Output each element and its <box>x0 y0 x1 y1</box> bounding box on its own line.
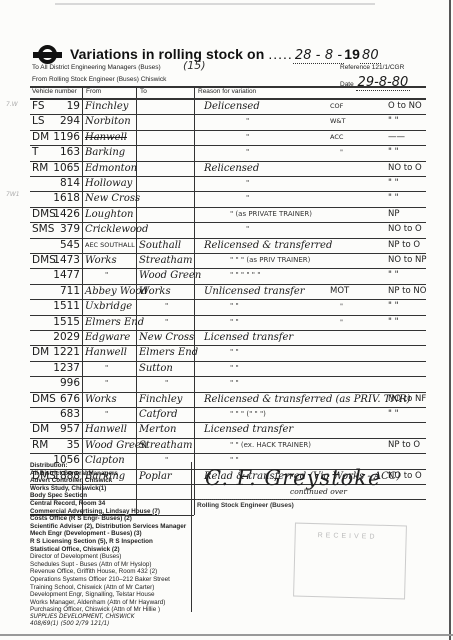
scan-artifact <box>55 3 375 5</box>
distribution-entry: Costs Office (R S Engr- Buses) (2) <box>30 515 260 523</box>
distribution-entry: Development Engr, Signalling, Telstar Ho… <box>30 591 260 599</box>
vehicle-number: RM 35 <box>30 438 80 453</box>
vehicle-number: 1477 <box>30 268 80 283</box>
status-change: " " <box>388 176 399 191</box>
vehicle-number: 1618 <box>30 191 80 206</box>
reason: " " <box>230 361 239 376</box>
vehicle-fleet-number: 2029 <box>53 330 80 345</box>
vehicle-number: 711 <box>30 284 80 299</box>
status-change: NO to NF <box>388 392 426 407</box>
vehicle-fleet-number: 545 <box>60 238 80 253</box>
to-garage: New Cross <box>139 330 194 345</box>
licence-code: " <box>340 299 343 314</box>
from-garage: " <box>105 376 108 391</box>
table-row: 1477 " Wood Green " " " " " " " " <box>30 268 426 283</box>
title-dots: ..... <box>268 46 292 62</box>
licence-code: COF <box>330 99 343 114</box>
page-edge-bottom <box>0 634 453 636</box>
vehicle-class: DM <box>32 422 49 437</box>
status-change: —— <box>388 130 405 145</box>
reason: Delicensed <box>204 99 260 114</box>
status-change: NO to NP <box>388 253 426 268</box>
reason: Licensed transfer <box>204 330 293 345</box>
status-change: O to NO <box>388 99 422 114</box>
reason: " <box>246 222 249 237</box>
from-garage: Edmonton <box>85 161 137 176</box>
table-row: RM 1065 Edmonton Relicensed NO to O <box>30 161 426 176</box>
reason: " (as PRIVATE TRAINER) <box>230 207 312 222</box>
distribution-entry: Mech Engr (Development - Buses) (3) <box>30 530 260 538</box>
vehicle-fleet-number: 683 <box>60 407 80 422</box>
status-change: NP to O <box>388 238 420 253</box>
distribution-entry: Scientific Adviser (2), Distribution Ser… <box>30 523 260 531</box>
status-change: " " <box>388 407 399 422</box>
reason: " " <box>230 345 239 360</box>
vehicle-number: T 163 <box>30 145 80 160</box>
vehicle-number: DMS 676 <box>30 392 80 407</box>
title-date: 28 - 8 - <box>293 48 344 64</box>
from-garage: Works <box>85 253 117 268</box>
table-row: DM 1196 Hanwell " ACC —— <box>30 130 426 145</box>
table-row: DMS 676 Works Finchley Relicensed & tran… <box>30 392 426 407</box>
vehicle-number: SMS 379 <box>30 222 80 237</box>
to-garage: " <box>165 315 168 330</box>
vehicle-fleet-number: 35 <box>67 438 80 453</box>
status-change: NP to NO <box>388 284 426 299</box>
table-row: RM 35 Wood Green Streatham " " (ex. HACK… <box>30 438 426 453</box>
reason: " " <box>230 376 239 391</box>
distribution-entry: Training School, Chiswick (Attn of Mr Ca… <box>30 584 260 592</box>
vehicle-fleet-number: 957 <box>60 422 80 437</box>
vehicle-number: 1511 <box>30 299 80 314</box>
vehicle-fleet-number: 1618 <box>53 191 80 206</box>
title-text: Variations in rolling stock on <box>70 46 264 62</box>
vehicle-fleet-number: 1515 <box>53 315 80 330</box>
status-change: NP <box>388 207 399 222</box>
column-header-from: From <box>86 86 101 98</box>
column-header-vehicle: Vehicle number <box>32 86 77 98</box>
table-row: DMS 1426 Loughton " (as PRIVATE TRAINER)… <box>30 207 426 222</box>
from-garage: Finchley <box>85 99 128 114</box>
from-garage: " <box>105 407 108 422</box>
status-change: " " <box>388 315 399 330</box>
table-row: 1511 Uxbridge " " " " " " <box>30 299 426 314</box>
table-row: 1515 Elmers End " " " " " " <box>30 315 426 330</box>
handwritten-note: (15) <box>183 59 206 72</box>
from-garage: " <box>105 268 108 283</box>
vehicle-number: 2029 <box>30 330 80 345</box>
vehicle-number: DMS 1473 <box>30 253 80 268</box>
from-garage: " <box>105 361 108 376</box>
status-change: " " <box>388 114 399 129</box>
vehicle-number: DM 957 <box>30 422 80 437</box>
from-garage: Barking <box>85 145 125 160</box>
licence-code: ACC <box>330 130 343 145</box>
from-garage: Uxbridge <box>85 299 132 314</box>
vehicle-class: DMS <box>32 392 56 407</box>
licence-code: W&T <box>330 114 345 129</box>
status-change: NO to O <box>388 469 422 484</box>
reason: " <box>246 130 249 145</box>
from-garage: New Cross <box>85 191 140 206</box>
from-garage: Cricklewood <box>85 222 148 237</box>
reason: Relicensed & transferred <box>204 238 332 253</box>
signature-divider <box>191 462 192 612</box>
reference-label: Reference 121/1/CGR <box>340 64 404 71</box>
table-row: T 163 Barking " " " " <box>30 145 426 160</box>
from-garage: AEC SOUTHALL <box>85 238 135 253</box>
vehicle-number: RM 1065 <box>30 161 80 176</box>
vehicle-fleet-number: 676 <box>60 392 80 407</box>
distribution-entry: Purchasing Officer, Chiswick (Attn of Mr… <box>30 606 260 614</box>
to-line: To All District Engineering Managers (Bu… <box>32 64 161 71</box>
table-row: 683 " Catford " " " (" " ") " " <box>30 407 426 422</box>
distribution-entry: SUPPLIES DEVELOPMENT, CHISWICK <box>30 614 260 622</box>
from-garage: Norbiton <box>85 114 131 129</box>
from-garage: Elmers End <box>85 315 144 330</box>
status-change: " " <box>388 145 399 160</box>
licence-code: " <box>340 315 343 330</box>
vehicle-fleet-number: 294 <box>60 114 80 129</box>
page-edge <box>449 0 451 640</box>
title-century: 19 <box>344 46 360 62</box>
to-garage: Wood Green <box>139 268 201 283</box>
from-garage: Hanwell <box>85 422 127 437</box>
to-garage: Elmers End <box>139 345 198 360</box>
table-row: 711 Abbey Wood Works Unlicensed transfer… <box>30 284 426 299</box>
column-header-reason: Reason for variation <box>198 86 256 98</box>
table-row: LS 294 Norbiton " W&T " " <box>30 114 426 129</box>
table-row: FS 19 Finchley Delicensed COF O to NO <box>30 99 426 114</box>
stamp-label: RECEIVED <box>318 532 378 541</box>
vehicle-class: RM <box>32 161 48 176</box>
vehicle-number: LS 294 <box>30 114 80 129</box>
margin-note: 7.W <box>6 101 18 108</box>
to-garage: Finchley <box>139 392 182 407</box>
table-row: 2029 Edgware New Cross Licensed transfer <box>30 330 426 345</box>
reason: Licensed transfer <box>204 422 293 437</box>
from-line: From Rolling Stock Engineer (Buses) Chis… <box>32 76 166 83</box>
reason: " " " (as PRIV TRAINER) <box>230 253 310 268</box>
reason: " <box>246 176 249 191</box>
to-garage: Streatham <box>139 253 192 268</box>
table-row: 1237 " Sutton " " <box>30 361 426 376</box>
status-change: " " <box>388 299 399 314</box>
vehicle-fleet-number: 711 <box>60 284 80 299</box>
distribution-entry: Statistical Office, Chiswick (2) <box>30 546 260 554</box>
vehicle-number: FS 19 <box>30 99 80 114</box>
reason: " " " " " " <box>230 268 260 283</box>
to-garage: Works <box>139 284 171 299</box>
vehicle-fleet-number: 1473 <box>53 253 80 268</box>
distribution-entry: 408/69(1) (500 2/79 121/1) <box>30 621 260 629</box>
margin-note: 7W1 <box>6 191 20 198</box>
signature: C. F. Greystoke <box>205 466 381 490</box>
table-row: 996 " " " " <box>30 376 426 391</box>
from-garage: Edgware <box>85 330 130 345</box>
from-garage: Works <box>85 392 117 407</box>
vehicle-fleet-number: 996 <box>60 376 80 391</box>
to-garage: Merton <box>139 422 176 437</box>
vehicle-fleet-number: 1511 <box>53 299 80 314</box>
from-garage: Hanwell <box>85 345 127 360</box>
page-title: Variations in rolling stock on .....28 -… <box>70 46 381 63</box>
reason: " <box>246 191 249 206</box>
distribution-entry: Works Manager, Aldenham (Attn of Mr Hayw… <box>30 599 260 607</box>
to-garage: " <box>165 376 168 391</box>
reason: Relicensed & transferred (as PRIV. TNR) <box>204 392 411 407</box>
vehicle-fleet-number: 1426 <box>53 207 80 222</box>
reason: " " " (" " ") <box>230 407 266 422</box>
vehicle-fleet-number: 1196 <box>53 130 80 145</box>
document-page: Variations in rolling stock on .....28 -… <box>0 0 453 640</box>
to-garage: Sutton <box>139 361 173 376</box>
table-row: SMS 379 Cricklewood " NO to O <box>30 222 426 237</box>
distribution-entry: Schedules Supt - Buses (Attn of Mr Hyslo… <box>30 561 260 569</box>
vehicle-fleet-number: 163 <box>60 145 80 160</box>
vehicle-fleet-number: 1221 <box>53 345 80 360</box>
vehicle-class: DM <box>32 345 49 360</box>
signature-caption: Rolling Stock Engineer (Buses) <box>197 502 294 509</box>
reason: Relicensed <box>204 161 259 176</box>
reason: " " <box>230 299 239 314</box>
status-change: " " <box>388 268 399 283</box>
reason: " " (ex. HACK TRAINER) <box>230 438 311 453</box>
vehicle-class: LS <box>32 114 45 129</box>
vehicle-number: 545 <box>30 238 80 253</box>
from-garage: Hanwell <box>85 130 127 145</box>
received-stamp: RECEIVED <box>293 523 407 600</box>
vehicle-fleet-number: 814 <box>60 176 80 191</box>
vehicle-class: DMS <box>32 253 56 268</box>
vehicle-class: SMS <box>32 222 54 237</box>
vehicle-number: 683 <box>30 407 80 422</box>
reason: " <box>246 114 249 129</box>
to-garage: Catford <box>139 407 178 422</box>
vehicle-fleet-number: 1065 <box>53 161 80 176</box>
status-change: " " <box>388 191 399 206</box>
licence-code: MOT <box>330 284 349 299</box>
vehicle-number: DM 1221 <box>30 345 80 360</box>
column-header-to: To <box>140 86 147 98</box>
table-row: 545 AEC SOUTHALL Southall Relicensed & t… <box>30 238 426 253</box>
vehicle-class: FS <box>32 99 45 114</box>
status-change: NO to O <box>388 222 422 237</box>
vehicle-class: T <box>32 145 38 160</box>
table-row: DMS 1473 Works Streatham " " " (as PRIV … <box>30 253 426 268</box>
table-row: DM 957 Hanwell Merton Licensed transfer <box>30 422 426 437</box>
to-garage: " <box>165 299 168 314</box>
vehicle-number: DMS 1426 <box>30 207 80 222</box>
distribution-entry: Director of Development (Buses) <box>30 553 260 561</box>
table-row: DM 1221 Hanwell Elmers End " " <box>30 345 426 360</box>
vehicle-class: DM <box>32 130 49 145</box>
to-garage: Southall <box>139 238 181 253</box>
vehicle-number: 996 <box>30 376 80 391</box>
date-field: Date 29-8-80 <box>340 75 410 90</box>
from-garage: Holloway <box>85 176 132 191</box>
date-value: 29-8-80 <box>356 75 411 91</box>
licence-code: " <box>340 145 343 160</box>
vehicle-fleet-number: 1477 <box>53 268 80 283</box>
reason: " " <box>230 315 239 330</box>
table-row: 1618 New Cross " " " <box>30 191 426 206</box>
status-change: NO to O <box>388 161 422 176</box>
vehicle-number: 1237 <box>30 361 80 376</box>
vehicle-class: DMS <box>32 207 56 222</box>
distribution-entry: R S Licensing Section (5), R S Inspectio… <box>30 538 260 546</box>
from-garage: Loughton <box>85 207 133 222</box>
vehicle-fleet-number: 19 <box>67 99 80 114</box>
vehicle-number: 814 <box>30 176 80 191</box>
vehicle-class: RM <box>32 438 48 453</box>
reason: " <box>246 145 249 160</box>
vehicle-fleet-number: 379 <box>60 222 80 237</box>
vehicle-fleet-number: 1237 <box>53 361 80 376</box>
to-garage: Streatham <box>139 438 192 453</box>
table-row: 814 Holloway " " " <box>30 176 426 191</box>
signature-line <box>196 499 336 500</box>
reason: Unlicensed transfer <box>204 284 305 299</box>
vehicle-number: 1515 <box>30 315 80 330</box>
from-garage: Wood Green <box>85 438 147 453</box>
distribution-entry: Operations Systems Officer 210–212 Baker… <box>30 576 260 584</box>
title-year: 80 <box>360 48 381 64</box>
table-top-rule <box>30 86 426 88</box>
vehicle-number: DM 1196 <box>30 130 80 145</box>
status-change: NP to O <box>388 438 420 453</box>
distribution-entry: Revenue Office, Griffith House, Room 432… <box>30 568 260 576</box>
